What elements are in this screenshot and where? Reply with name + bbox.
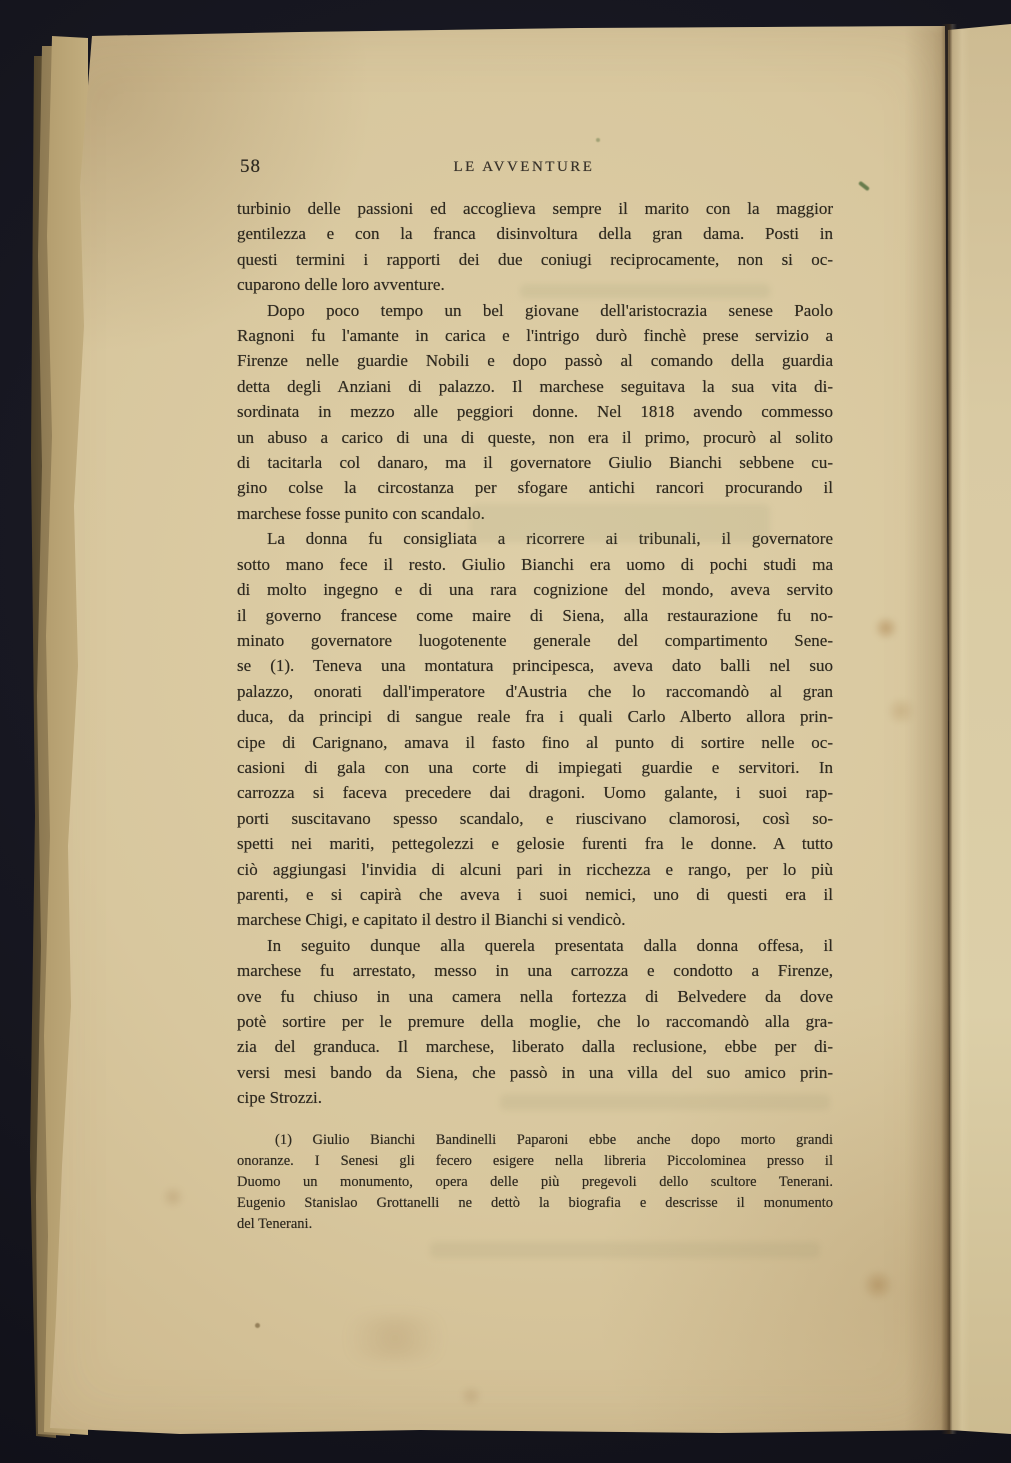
running-header: LE AVVENTURE — [226, 159, 822, 176]
foxing-stain — [160, 1186, 186, 1208]
text-line: carrozza si faceva precedere dai dragoni… — [237, 780, 833, 805]
text-line: Firenze nelle guardie Nobili e dopo pass… — [237, 348, 833, 373]
speck — [255, 1323, 260, 1328]
paragraph: turbinio delle passioni ed accoglieva se… — [237, 196, 833, 298]
text-line: palazzo, onorati dall'imperatore d'Austr… — [237, 679, 833, 704]
page-stack-edge — [30, 56, 56, 1438]
text-line: marchese Chigi, e capitato il destro il … — [237, 907, 833, 932]
paragraph: In seguito dunque alla querela presentat… — [237, 933, 833, 1111]
text-line: Eugenio Stanislao Grottanelli ne dettò l… — [237, 1193, 833, 1214]
text-line: un abuso a carico di una di queste, non … — [237, 425, 833, 450]
text-line: cipe di Carignano, amava il fasto fino a… — [237, 730, 833, 755]
text-line: In seguito dunque alla querela presentat… — [237, 933, 833, 958]
text-line: potè sortire per le premure della moglie… — [237, 1009, 833, 1034]
text-line: porti suscitavano spesso scandalo, e riu… — [237, 806, 833, 831]
text-line: se (1). Teneva una montatura principesca… — [237, 653, 833, 678]
page-surface: 58 LE AVVENTURE turbinio delle passioni … — [40, 26, 950, 1436]
text-line: Ragnoni fu l'amante in carica e l'intrig… — [237, 323, 833, 348]
text-line: parenti, e si capirà che aveva i suoi ne… — [237, 882, 833, 907]
foxing-stain — [458, 1386, 484, 1406]
book-photo: 58 LE AVVENTURE turbinio delle passioni … — [0, 0, 1011, 1463]
next-page-sliver — [948, 24, 1011, 1434]
text-line: minato governatore luogotenente generale… — [237, 628, 833, 653]
text-line: detta degli Anziani di palazzo. Il march… — [237, 374, 833, 399]
paragraph: Dopo poco tempo un bel giovane dell'aris… — [237, 298, 833, 527]
text-line: Dopo poco tempo un bel giovane dell'aris… — [237, 298, 833, 323]
text-line: sotto mano fece il resto. Giulio Bianchi… — [237, 552, 833, 577]
text-line: (1) Giulio Bianchi Bandinelli Paparoni e… — [237, 1130, 833, 1151]
text-line: cuparono delle loro avventure. — [237, 272, 833, 297]
text-line: del Tenerani. — [237, 1214, 833, 1235]
text-line: turbinio delle passioni ed accoglieva se… — [237, 196, 833, 221]
text-line: marchese fosse punito con scandalo. — [237, 501, 833, 526]
text-line: spetti nei mariti, pettegolezzi e gelosi… — [237, 831, 833, 856]
text-line: di molto ingegno e di una rara cognizion… — [237, 577, 833, 602]
text-line: marchese fu arrestato, messo in una carr… — [237, 958, 833, 983]
green-mark — [596, 138, 600, 142]
text-line: duca, da principi di sangue reale fra i … — [237, 704, 833, 729]
text-line: La donna fu consigliata a ricorrere ai t… — [237, 526, 833, 551]
body-text: turbinio delle passioni ed accoglieva se… — [237, 196, 833, 1111]
green-mark — [858, 181, 870, 192]
text-line: Duomo un monumento, opera delle più preg… — [237, 1172, 833, 1193]
speck — [560, 1444, 564, 1448]
text-line: gino colse la circostanza per sfogare an… — [237, 475, 833, 500]
text-line: ciò aggiungasi l'invidia di alcuni pari … — [237, 857, 833, 882]
foxing-stain — [884, 698, 918, 724]
text-line: versi mesi bando da Siena, che passò in … — [237, 1060, 833, 1085]
foxing-stain — [330, 1316, 460, 1360]
text-line: cipe Strozzi. — [237, 1085, 833, 1110]
page-header: 58 LE AVVENTURE — [237, 156, 833, 182]
footnote: (1) Giulio Bianchi Bandinelli Paparoni e… — [237, 1130, 833, 1235]
paragraph: La donna fu consigliata a ricorrere ai t… — [237, 526, 833, 933]
text-line: gentilezza e con la franca disinvoltura … — [237, 221, 833, 246]
text-line: zia del granduca. Il marchese, liberato … — [237, 1034, 833, 1059]
text-line: il governo francese come maire di Siena,… — [237, 603, 833, 628]
text-line: di tacitarla col danaro, ma il governato… — [237, 450, 833, 475]
text-line: casioni di gala con una corte di impiega… — [237, 755, 833, 780]
foxing-stain — [873, 616, 899, 640]
text-line: ove fu chiuso in una camera nella fortez… — [237, 984, 833, 1009]
foxing-stain — [861, 1270, 895, 1300]
text-line: onoranze. I Senesi gli fecero esigere ne… — [237, 1151, 833, 1172]
text-line: sordinata in mezzo alle peggiori donne. … — [237, 399, 833, 424]
scanned-book-photo: { "page": { "number": "58", "running_hea… — [0, 0, 1011, 1463]
text-line: questi termini i rapporti dei due coniug… — [237, 247, 833, 272]
show-through-smudge — [430, 1242, 820, 1258]
